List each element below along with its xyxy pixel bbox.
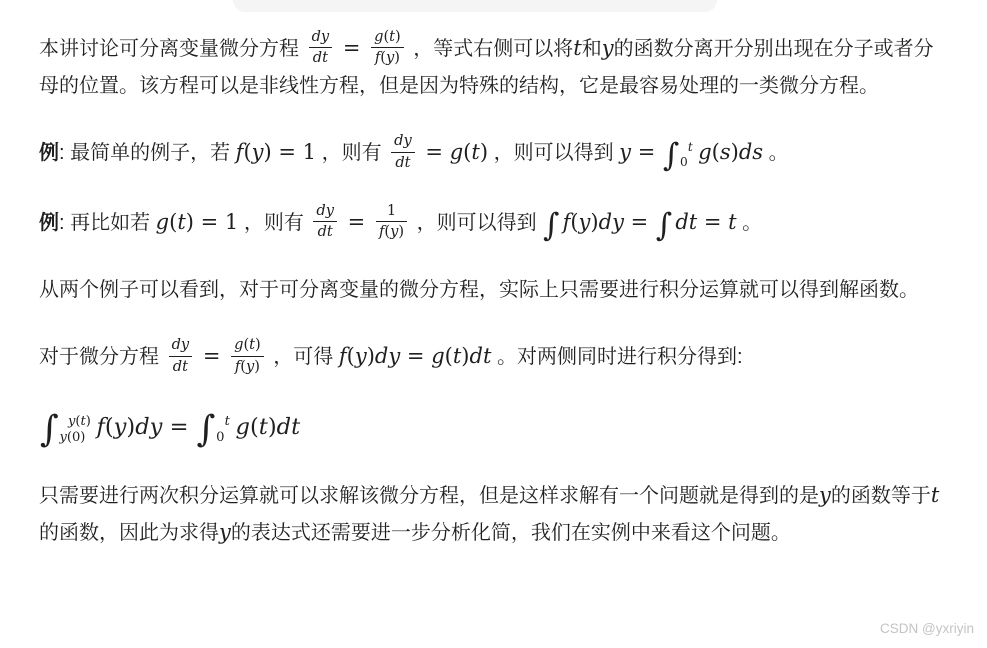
integral-lower-limit: y(0)	[59, 430, 90, 446]
math-symbol: (	[250, 414, 259, 440]
math-symbol: 1	[387, 202, 396, 219]
math-variable: dy	[375, 344, 400, 368]
math-variable: y	[252, 140, 264, 164]
math-symbol: )	[367, 344, 375, 368]
math-symbol: (	[445, 344, 453, 368]
math-variable: dy	[172, 336, 190, 353]
text-run: 。对两侧同时进行积分得到:	[491, 346, 742, 368]
math-inline: g(t)dt	[235, 414, 300, 440]
fraction-denominator: f(y)	[231, 357, 264, 376]
math-integral: ∫y(t)y(0)	[40, 414, 93, 440]
math-symbol: =	[697, 210, 728, 234]
math-variable: dy	[135, 414, 162, 440]
math-symbol: )	[590, 210, 598, 234]
math-symbol: =	[162, 414, 195, 440]
math-inline: f(y)dy =	[96, 414, 195, 440]
example-2: 例: 再比如若 g(t) = 1 ，则有 dydt = 1f(y) ，则可以得到…	[39, 204, 947, 243]
math-variable: f	[96, 414, 104, 440]
fraction-denominator: f(y)	[376, 222, 407, 241]
separation-paragraph: 对于微分方程 dydt = g(t)f(y) ，可得 f(y)dy = g(t)…	[39, 338, 947, 377]
math-variable: g	[156, 210, 169, 234]
math-variable: t	[688, 140, 693, 154]
math-inline: y =	[619, 140, 662, 164]
math-symbol: =	[341, 210, 372, 234]
math-inline: f(y)dy = g(t)dt	[339, 344, 492, 368]
integral-sign-icon: ∫	[40, 407, 59, 450]
math-variable: g	[698, 140, 711, 164]
math-variable: g	[235, 414, 249, 440]
math-variable: g	[431, 344, 444, 368]
math-symbol: ) = 1	[264, 140, 317, 164]
math-variable: t	[259, 414, 268, 440]
math-variable: dy	[312, 28, 330, 45]
math-symbol: (	[570, 210, 578, 234]
text-run: 和	[582, 38, 602, 60]
integral-sign-icon: ∫	[197, 407, 216, 450]
conclusion-paragraph: 只需要进行两次积分运算就可以求解该微分方程，但是这样求解有一个问题就是得到的是y…	[39, 477, 947, 551]
math-variable: dy	[316, 202, 334, 219]
math-integral: ∫	[656, 210, 672, 234]
math-variable: y	[114, 414, 127, 440]
math-fraction: dydt	[169, 336, 193, 375]
math-integral: ∫t0	[197, 414, 233, 440]
math-variable: t	[573, 36, 581, 60]
math-symbol: )	[254, 358, 260, 375]
math-symbol: )	[398, 223, 404, 240]
math-symbol: =	[400, 344, 431, 368]
math-variable: t	[931, 483, 939, 507]
integral-upper-limit: t	[688, 140, 693, 155]
math-inline: f(y) = 1	[236, 140, 316, 164]
math-fraction: dydt	[391, 132, 415, 171]
math-integral: ∫	[543, 210, 559, 234]
integral-limits: y(t)y(0)	[59, 414, 90, 447]
math-inline: t	[931, 483, 939, 507]
math-inline: g(t) = 1	[156, 210, 239, 234]
integral-lower-limit: 0	[216, 430, 230, 446]
math-integral: ∫t0	[663, 140, 695, 164]
article-body: 本讲讨论可分离变量微分方程 dydt = g(t)f(y) ，等式右侧可以将t和…	[0, 0, 987, 551]
math-symbol: )	[86, 414, 91, 429]
math-variable: dy	[599, 210, 624, 234]
math-variable: y	[386, 49, 394, 66]
math-variable: y	[579, 210, 591, 234]
math-inline: y	[219, 520, 231, 544]
math-variable: y	[619, 140, 631, 164]
fraction-numerator: dy	[313, 202, 337, 222]
math-fraction: dydt	[309, 28, 333, 67]
math-fraction: g(t)f(y)	[371, 28, 404, 67]
math-variable: y	[59, 430, 66, 445]
math-variable: y	[219, 520, 231, 544]
math-inline: f(y)dy =	[563, 210, 655, 234]
math-symbol: ) = 1	[186, 210, 239, 234]
math-symbol: )	[126, 414, 135, 440]
observation-paragraph: 从两个例子可以看到，对于可分离变量的微分方程，实际上只需要进行积分运算就可以得到…	[39, 273, 947, 308]
math-variable: g	[234, 336, 243, 353]
text-run: 的函数等于	[831, 485, 931, 507]
math-symbol: (	[347, 344, 355, 368]
math-inline: y	[819, 483, 831, 507]
integral-lower-limit: 0	[680, 155, 693, 170]
example-label: 例	[39, 212, 59, 234]
math-variable: t	[728, 210, 736, 234]
math-variable: f	[339, 344, 347, 368]
math-variable: dt	[313, 49, 328, 66]
math-variable: ds	[739, 140, 763, 164]
text-run: 的函数，因此为求得	[39, 522, 219, 544]
text-run: : 再比如若	[59, 212, 156, 234]
integral-sign-icon: ∫	[663, 138, 679, 174]
fraction-numerator: dy	[391, 132, 415, 152]
integral-equation: ∫y(t)y(0)f(y)dy = ∫t0g(t)dt	[39, 408, 947, 448]
example-label: 例	[39, 142, 59, 164]
fraction-denominator: f(y)	[371, 48, 404, 67]
math-variable: y	[246, 358, 254, 375]
text-run: ，则可以得到	[488, 142, 619, 164]
math-symbol: (	[243, 140, 251, 164]
math-variable: dt	[395, 154, 410, 171]
integral-limits: t0	[680, 140, 693, 170]
integral-upper-limit: t	[225, 414, 230, 430]
math-fraction: 1f(y)	[376, 202, 407, 241]
fraction-numerator: dy	[309, 28, 333, 48]
math-inline: =	[341, 210, 372, 234]
math-inline: = g(t)	[419, 140, 488, 164]
fraction-denominator: dt	[309, 48, 333, 67]
math-symbol: )	[731, 140, 739, 164]
math-variable: dt	[675, 210, 697, 234]
math-symbol: )	[461, 344, 469, 368]
math-variable: t	[177, 210, 185, 234]
integral-sign-icon: ∫	[656, 207, 672, 243]
text-run: 。	[763, 142, 789, 164]
math-inline: g(s)ds	[698, 140, 763, 164]
math-symbol: (0)	[67, 430, 86, 445]
math-symbol: =	[624, 210, 655, 234]
math-symbol: =	[336, 36, 367, 60]
text-run: 本讲讨论可分离变量微分方程	[39, 38, 305, 60]
text-run: 的表达式还需要进一步分析化简，我们在实例中来看这个问题。	[231, 522, 791, 544]
text-run: 。	[737, 212, 763, 234]
csdn-watermark: CSDN @yxriyin	[880, 621, 974, 636]
text-run: 只需要进行两次积分运算就可以求解该微分方程，但是这样求解有一个问题就是得到的是	[39, 485, 819, 507]
math-variable: dy	[394, 132, 412, 149]
math-variable: g	[450, 140, 463, 164]
text-run: ，则可以得到	[411, 212, 542, 234]
integral-upper-limit: y(t)	[68, 414, 91, 430]
math-symbol: 0	[216, 430, 224, 445]
math-variable: t	[471, 140, 479, 164]
math-symbol: )	[255, 336, 261, 353]
math-inline: dt = t	[675, 210, 736, 234]
math-symbol: )	[268, 414, 277, 440]
math-inline: =	[336, 36, 367, 60]
text-run: ，等式右侧可以将	[408, 38, 574, 60]
text-run: ，可得	[268, 346, 339, 368]
fraction-numerator: dy	[169, 336, 193, 356]
math-variable: dt	[173, 358, 188, 375]
example-1: 例: 最简单的例子，若 f(y) = 1 ，则有 dydt = g(t) ，则可…	[39, 134, 947, 173]
math-fraction: g(t)f(y)	[231, 336, 264, 375]
math-symbol: (	[712, 140, 720, 164]
text-run: : 最简单的例子，若	[59, 142, 236, 164]
math-variable: y	[355, 344, 367, 368]
text-run: ，则有	[316, 142, 387, 164]
math-variable: y	[602, 36, 614, 60]
text-run: ，则有	[238, 212, 309, 234]
math-variable: s	[720, 140, 731, 164]
math-symbol: )	[480, 140, 488, 164]
math-inline: t	[573, 36, 581, 60]
math-variable: dt	[318, 223, 333, 240]
math-fraction: dydt	[313, 202, 337, 241]
math-variable: dt	[470, 344, 492, 368]
fraction-numerator: 1	[376, 202, 407, 222]
math-symbol: )	[394, 49, 400, 66]
text-run: 从两个例子可以看到，对于可分离变量的微分方程，实际上只需要进行积分运算就可以得到…	[39, 279, 919, 301]
math-variable: y	[819, 483, 831, 507]
fraction-denominator: dt	[391, 153, 415, 172]
math-variable: dt	[277, 414, 301, 440]
math-symbol: (	[105, 414, 114, 440]
math-symbol: =	[631, 140, 662, 164]
math-variable: t	[225, 414, 230, 429]
fraction-denominator: dt	[313, 222, 337, 241]
math-symbol: =	[196, 344, 227, 368]
fraction-numerator: g(t)	[371, 28, 404, 48]
intro-paragraph: 本讲讨论可分离变量微分方程 dydt = g(t)f(y) ，等式右侧可以将t和…	[39, 30, 947, 104]
top-toolbar-remnant	[233, 0, 717, 12]
math-symbol: 0	[680, 155, 688, 169]
integral-limits: t0	[216, 414, 230, 447]
integral-sign-icon: ∫	[543, 207, 559, 243]
text-run: 对于微分方程	[39, 346, 165, 368]
math-inline: =	[196, 344, 227, 368]
math-symbol: =	[419, 140, 450, 164]
math-symbol: )	[395, 28, 401, 45]
fraction-numerator: g(t)	[231, 336, 264, 356]
math-variable: g	[374, 28, 383, 45]
fraction-denominator: dt	[169, 357, 193, 376]
math-inline: y	[602, 36, 614, 60]
